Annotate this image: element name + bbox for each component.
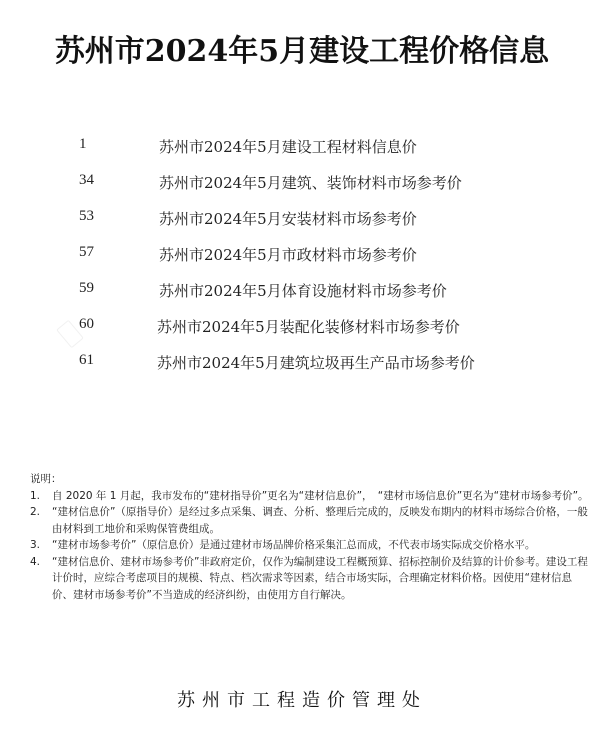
note-item: 1. 自 2020 年 1 月起，我市发布的“建材指导价”更名为“建材信息价”，… (30, 488, 590, 505)
toc-item: 61 苏州市2024年5月建筑垃圾再生产品市场参考价 (0, 352, 604, 376)
note-text: “建材信息价”（原指导价）是经过多点采集、调查、分析、整理后完成的，反映发布期内… (52, 506, 588, 535)
note-number: 3. (30, 537, 40, 554)
toc-page-number: 34 (79, 172, 94, 189)
note-item: 2. “建材信息价”（原指导价）是经过多点采集、调查、分析、整理后完成的，反映发… (30, 504, 590, 537)
notes-heading: 说明： (30, 471, 590, 488)
toc-item: 60 苏州市2024年5月装配化装修材料市场参考价 (0, 316, 604, 340)
toc-item-title: 苏州市2024年5月体育设施材料市场参考价 (159, 280, 447, 301)
toc-item: 34 苏州市2024年5月建筑、装饰材料市场参考价 (0, 172, 604, 196)
note-number: 1. (30, 488, 40, 505)
toc-item-title: 苏州市2024年5月市政材料市场参考价 (159, 244, 417, 265)
toc-item-title: 苏州市2024年5月建筑、装饰材料市场参考价 (159, 172, 462, 193)
toc-page-number: 60 (79, 316, 94, 333)
toc-page-number: 59 (79, 280, 94, 297)
toc-item: 57 苏州市2024年5月市政材料市场参考价 (0, 244, 604, 268)
toc-item-title: 苏州市2024年5月安装材料市场参考价 (159, 208, 417, 229)
note-number: 2. (30, 504, 40, 521)
note-item: 4. “建材信息价、建材市场参考价”非政府定价，仅作为编制建设工程概预算、招标控… (30, 554, 590, 604)
issuer-signature: 苏州市工程造价管理处 (0, 686, 604, 712)
note-number: 4. (30, 554, 40, 571)
toc-page-number: 57 (79, 244, 94, 261)
notes-section: 说明： 1. 自 2020 年 1 月起，我市发布的“建材指导价”更名为“建材信… (30, 471, 590, 603)
note-text: 自 2020 年 1 月起，我市发布的“建材指导价”更名为“建材信息价”， “建… (52, 490, 589, 502)
toc-item: 1 苏州市2024年5月建设工程材料信息价 (0, 136, 604, 160)
toc-page-number: 61 (79, 352, 94, 369)
document-title: 苏州市2024年5月建设工程价格信息 (0, 26, 604, 70)
toc-page-number: 53 (79, 208, 94, 225)
toc-item: 53 苏州市2024年5月安装材料市场参考价 (0, 208, 604, 232)
toc-page-number: 1 (79, 136, 87, 153)
note-item: 3. “建材市场参考价”（原信息价）是通过建材市场品牌价格采集汇总而成，不代表市… (30, 537, 590, 554)
toc-item-title: 苏州市2024年5月建设工程材料信息价 (159, 136, 417, 157)
toc-item-title: 苏州市2024年5月建筑垃圾再生产品市场参考价 (157, 352, 475, 373)
note-text: “建材信息价、建材市场参考价”非政府定价，仅作为编制建设工程概预算、招标控制价及… (52, 556, 588, 601)
note-text: “建材市场参考价”（原信息价）是通过建材市场品牌价格采集汇总而成，不代表市场实际… (52, 539, 535, 551)
toc-item: 59 苏州市2024年5月体育设施材料市场参考价 (0, 280, 604, 304)
toc-item-title: 苏州市2024年5月装配化装修材料市场参考价 (157, 316, 460, 337)
